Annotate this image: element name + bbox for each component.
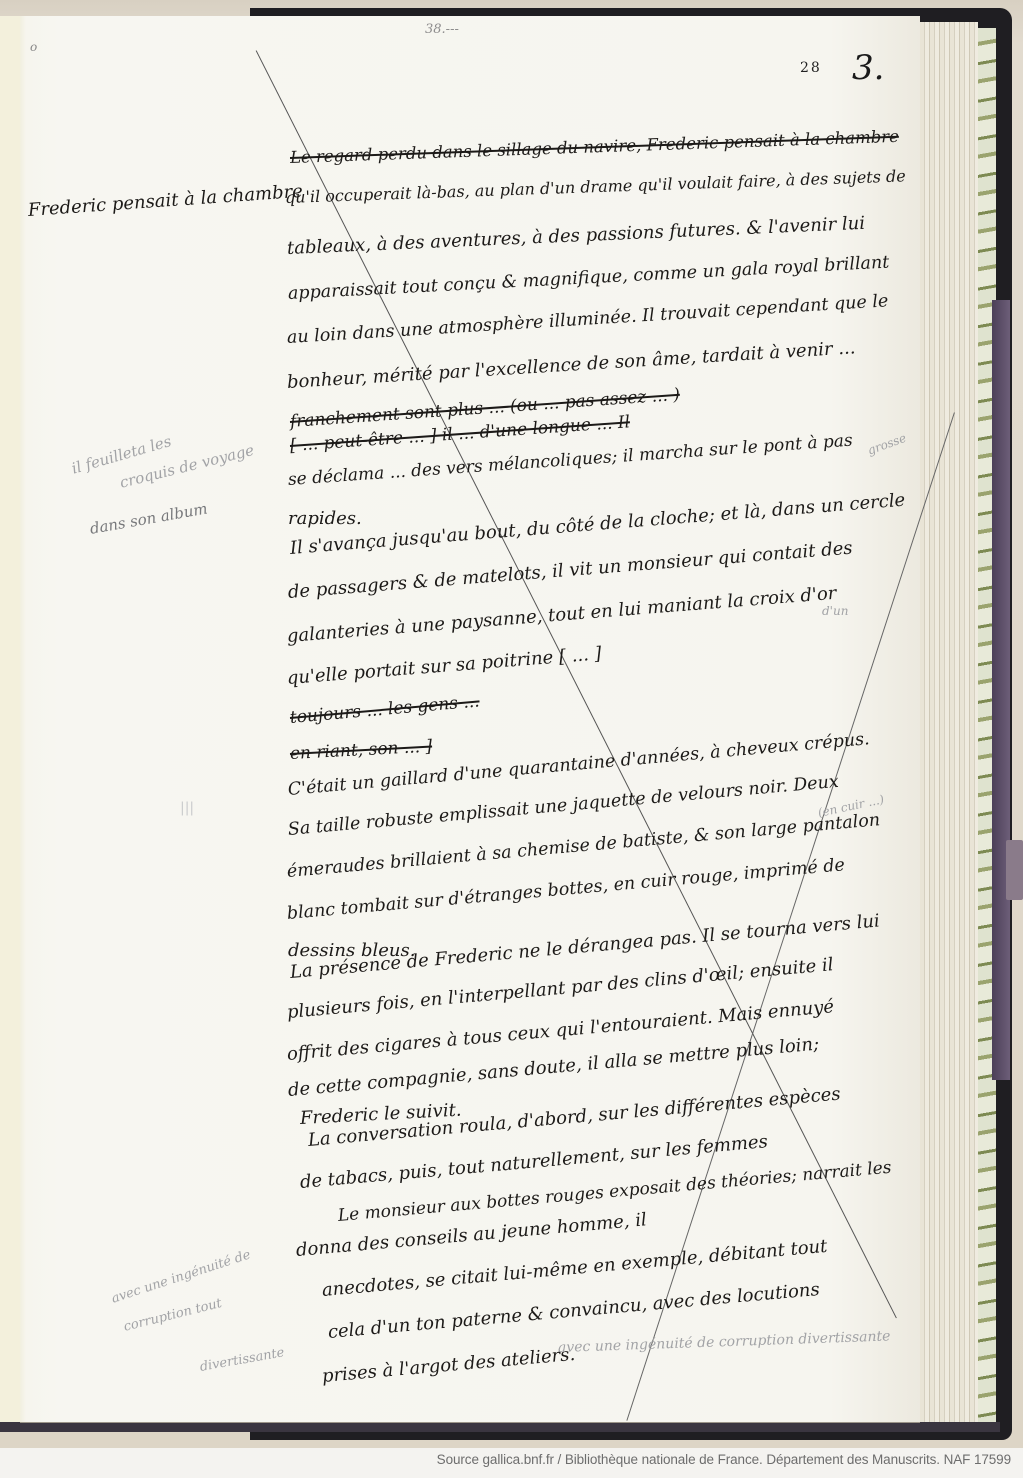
gutter-strip [0, 16, 22, 1422]
corner-mark: o [30, 40, 37, 54]
ribbon-tab [1006, 840, 1023, 900]
pencil-folio-number: 38.--- [425, 22, 459, 37]
handwritten-folio-number: 3. [852, 48, 884, 88]
ribbon-bookmark [992, 300, 1010, 1080]
manuscript-line: rapides. [288, 508, 362, 529]
binding-bottom-edge [0, 1422, 1000, 1432]
printed-folio-number: 28 [800, 60, 822, 76]
source-attribution: Source gallica.bnf.fr / Bibliothèque nat… [437, 1452, 1011, 1467]
margin-note-faint: ||| [180, 800, 194, 816]
margin-note-right-2: d'un [822, 604, 848, 618]
